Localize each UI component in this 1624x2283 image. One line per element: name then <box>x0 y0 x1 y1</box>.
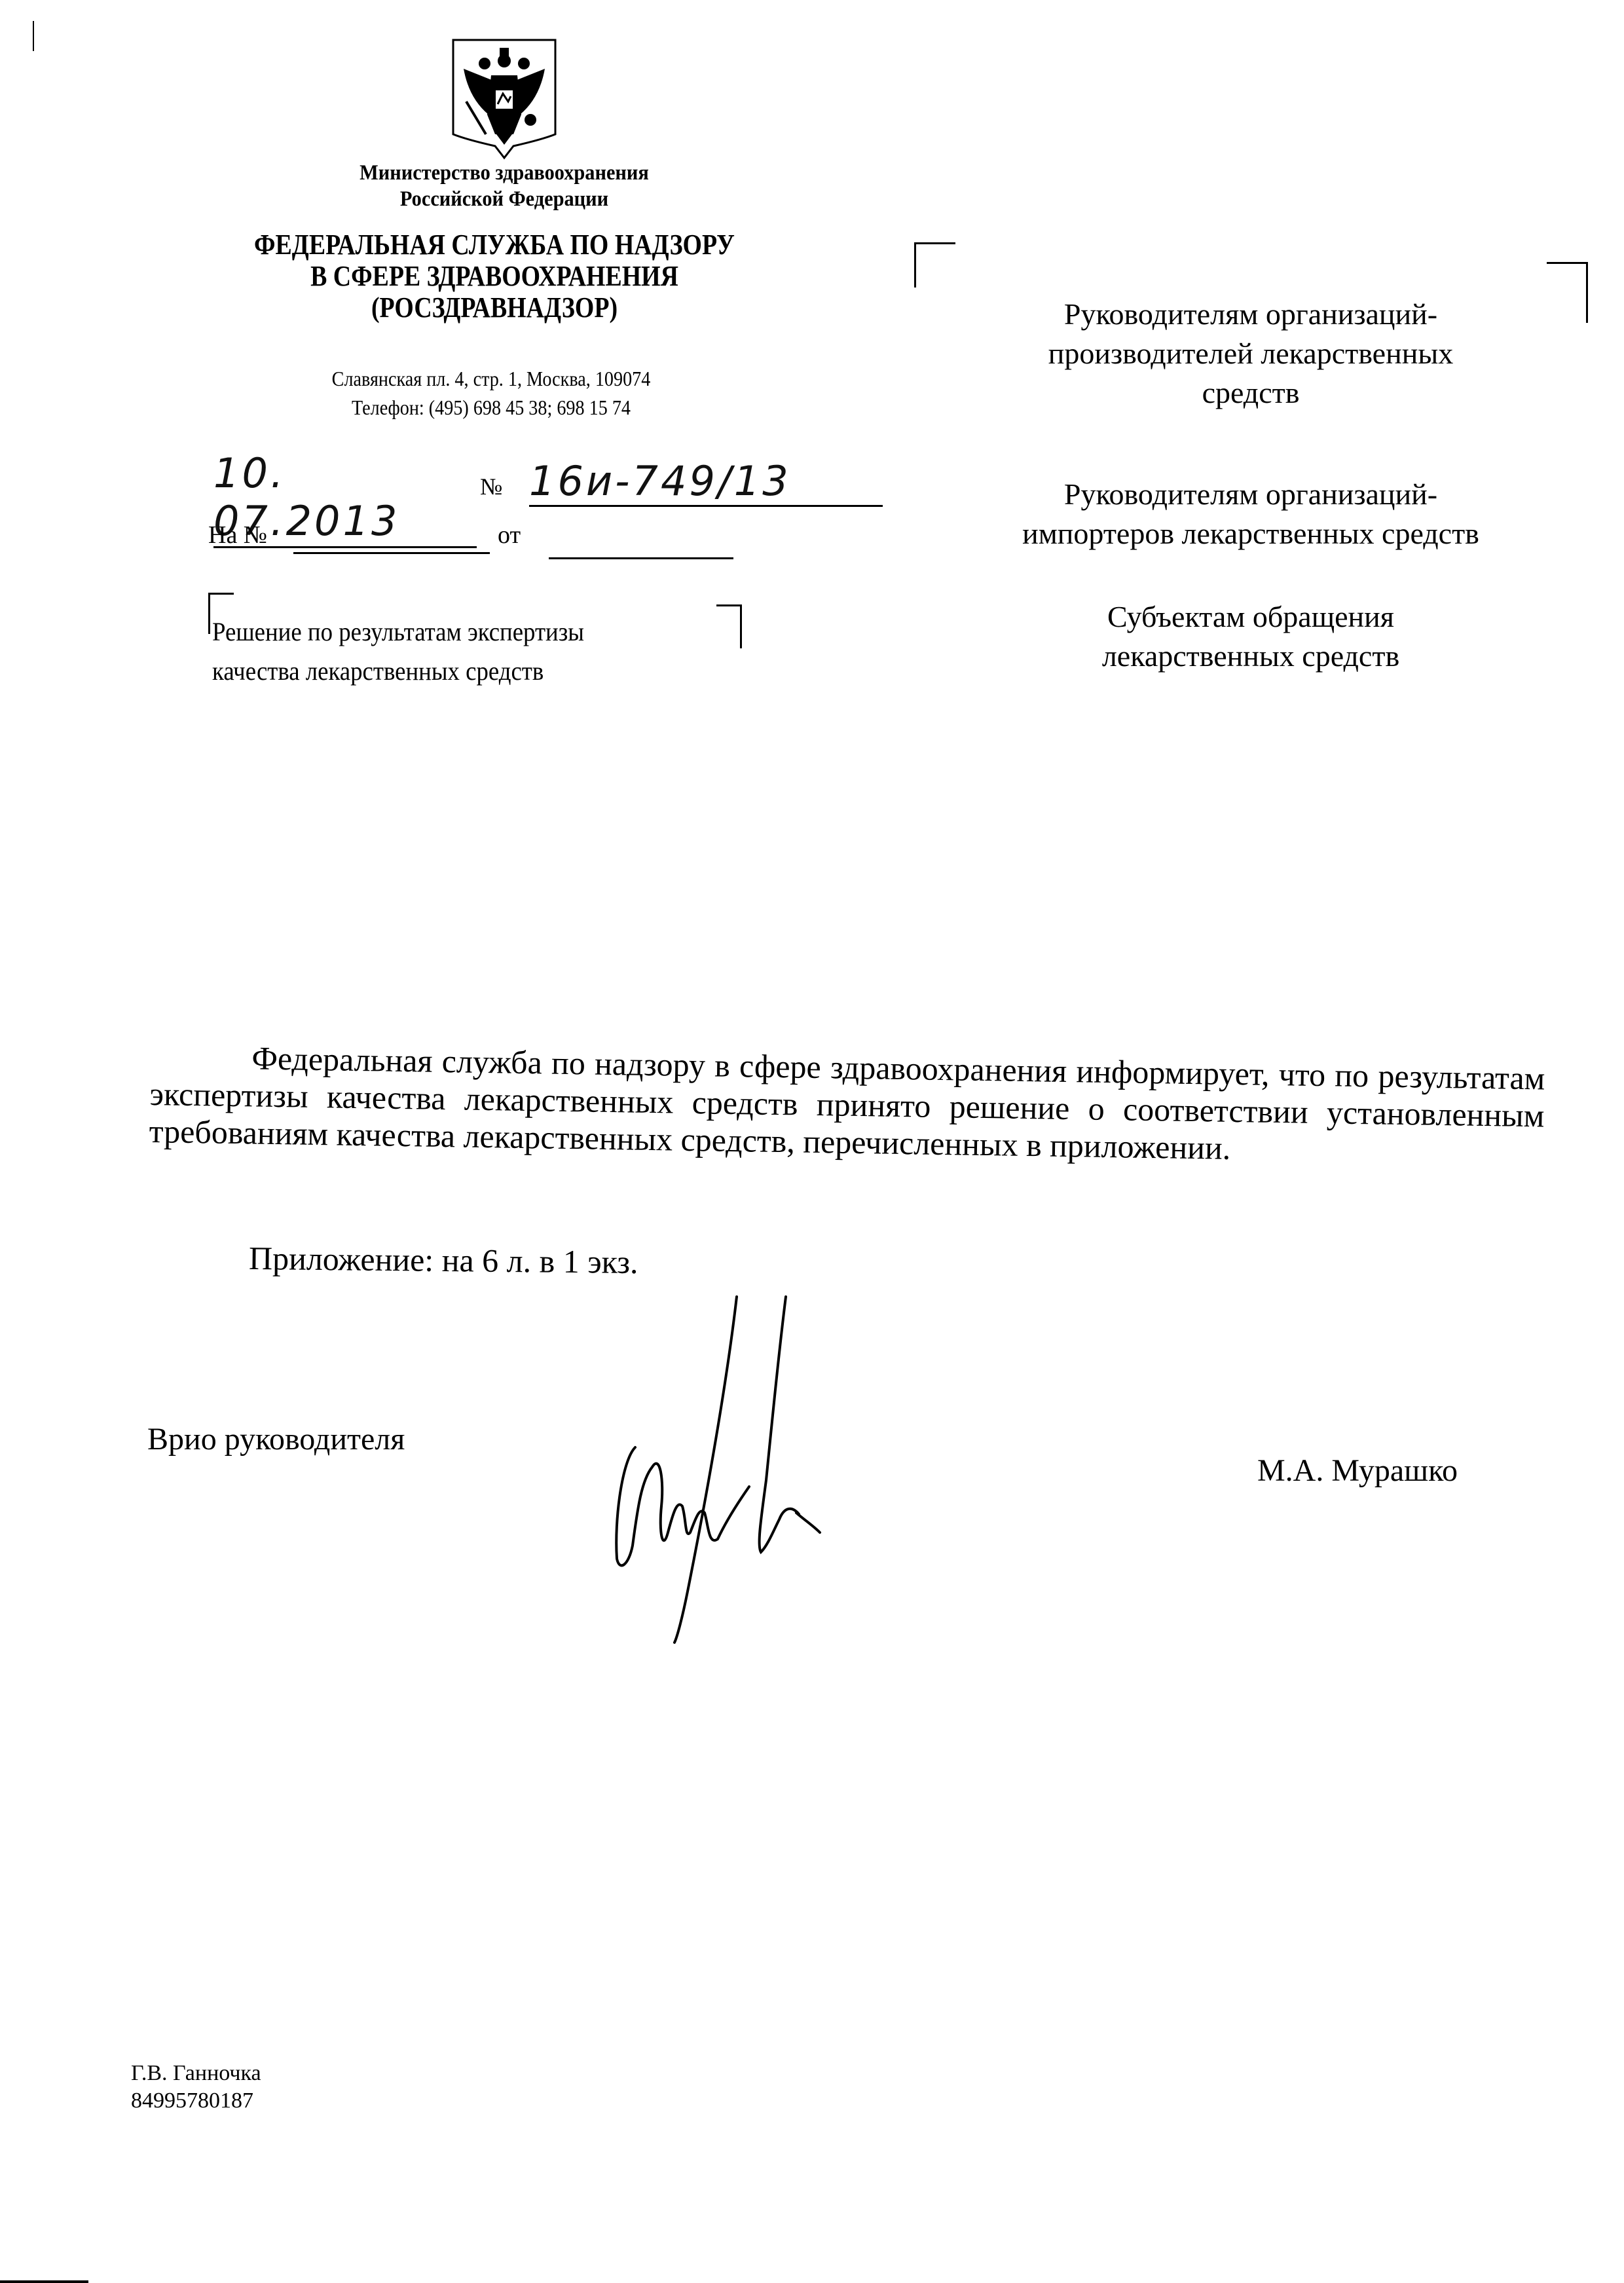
ministry-name: Министерство здравоохранения Российской … <box>257 160 751 212</box>
reply-date-blank <box>549 557 733 559</box>
addressee-manufacturers: Руководителям организаций- производителе… <box>936 295 1565 413</box>
agency-contacts: Славянская пл. 4, стр. 1, Москва, 109074… <box>249 364 733 422</box>
subject-text: Решение по результатам экспертизы качест… <box>212 612 584 691</box>
reply-reference-line: На № от <box>208 521 798 560</box>
addressee-line: Руководителям организаций- <box>936 475 1565 514</box>
reply-number-blank <box>293 552 490 554</box>
addressee-importers: Руководителям организаций- импортеров ле… <box>936 475 1565 553</box>
addressee-line: Субъектам обращения <box>936 597 1565 637</box>
subject-line-1: Решение по результатам экспертизы <box>212 612 584 652</box>
agency-name: ФЕДЕРАЛЬНАЯ СЛУЖБА ПО НАДЗОРУ В СФЕРЕ ЗД… <box>238 229 751 324</box>
addressee-line: производителей лекарственных <box>936 334 1565 373</box>
letter-body: Федеральная служба по надзору в сфере зд… <box>149 1038 1545 1172</box>
addressee-circulation-subjects: Субъектам обращения лекарственных средст… <box>936 597 1565 676</box>
addressees-block: Руководителям организаций- производителе… <box>910 236 1591 707</box>
number-label: № <box>480 473 502 500</box>
addressee-line: средств <box>936 373 1565 413</box>
registration-line: 10. 07.2013 № 16и-749/13 <box>208 445 902 517</box>
handwritten-signature-icon <box>609 1284 923 1650</box>
phone-numbers: Телефон: (495) 698 45 38; 698 15 74 <box>249 393 733 422</box>
bracket-corner-top-left <box>914 242 955 288</box>
scan-edge-mark <box>0 2280 88 2283</box>
scan-edge-mark <box>33 21 34 51</box>
agency-line-1: ФЕДЕРАЛЬНАЯ СЛУЖБА ПО НАДЗОРУ <box>238 229 751 261</box>
ministry-line-1: Министерство здравоохранения <box>257 160 751 186</box>
signatory-position: Врио руководителя <box>147 1421 405 1457</box>
executor-name: Г.В. Ганночка <box>131 2060 261 2087</box>
reply-from-label: от <box>498 521 521 549</box>
addressee-line: лекарственных средств <box>936 637 1565 676</box>
agency-line-3: (РОСЗДРАВНАДЗОР) <box>238 292 751 324</box>
agency-line-2: В СФЕРЕ ЗДРАВООХРАНЕНИЯ <box>238 261 751 292</box>
body-paragraph: Федеральная служба по надзору в сфере зд… <box>149 1038 1545 1172</box>
reply-number-label: На № <box>208 521 267 549</box>
subject-block: Решение по результатам экспертизы качест… <box>208 593 784 697</box>
addressee-line: импортеров лекарственных средств <box>936 514 1565 553</box>
addressee-line: Руководителям организаций- <box>936 295 1565 334</box>
executor-phone: 84995780187 <box>131 2087 261 2115</box>
bracket-corner-top-right <box>716 604 742 648</box>
signatory-name: М.А. Мурашко <box>1257 1453 1458 1489</box>
registration-number: 16и-749/13 <box>529 457 883 507</box>
coat-of-arms-icon <box>451 36 558 160</box>
executor-info: Г.В. Ганночка 84995780187 <box>131 2060 261 2115</box>
ministry-line-2: Российской Федерации <box>257 186 751 212</box>
attachment-note: Приложение: на 6 л. в 1 экз. <box>249 1239 638 1281</box>
postal-address: Славянская пл. 4, стр. 1, Москва, 109074 <box>249 364 733 393</box>
subject-line-2: качества лекарственных средств <box>212 652 584 691</box>
